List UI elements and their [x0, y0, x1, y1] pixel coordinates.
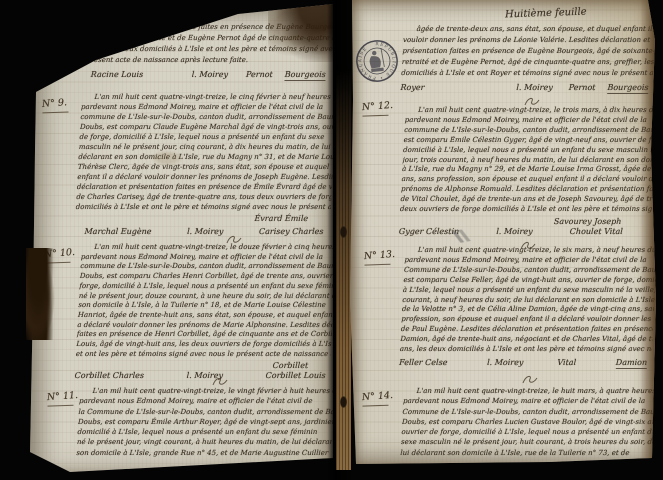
signature-witness: Carisey Charles [259, 227, 324, 237]
record-line: L'an mil huit cent quatre-vingt-treize, … [405, 106, 658, 116]
signature-witness: Vital [557, 358, 576, 368]
record-line: Hanriot, âgée de trente-huit ans, sans é… [78, 311, 333, 321]
record-line: profession, son épouse et auquel enfant … [401, 315, 654, 325]
record-line: Commune de L'Isle-sur-le-Doubs, canton d… [402, 407, 655, 417]
record-line: a déclaré vouloir donner les prénoms de … [77, 321, 333, 331]
record-line: vouloir donner les prénoms de Léonie Val… [403, 35, 656, 46]
record-line: ans, les deux domiciliés à L'Isle et ont… [400, 345, 653, 355]
record-line: commune de L'Isle-sur-le-Doubs, canton d… [80, 262, 333, 272]
record-line: sexe masculin né le présent jour, huit c… [401, 437, 654, 447]
record-line: faites en présence de Henri Corbillet, â… [77, 330, 333, 340]
signature-declarant: Corbillet Charles [74, 371, 144, 381]
record-line: le présent acte de naissance après lectu… [77, 55, 333, 66]
record-line: son domicile à L'Isle, à la Tuilerie n° … [78, 301, 333, 311]
signature-declarant: Royer [400, 82, 424, 93]
entry-number-rule [42, 112, 68, 114]
left-page: déclarations et présentations faites en … [30, 0, 333, 474]
signature-row: Feller Celse l. Moirey Vital Damion [399, 358, 652, 369]
entry-11: L'an mil huit cent quatre-vingt-treize, … [76, 386, 333, 458]
record-line: commune de L'Isle-sur-le-Doubs, canton d… [404, 126, 657, 136]
entry-8-continuation: déclarations et présentations faites en … [76, 22, 333, 81]
signature-declarant: Racine Louis [91, 69, 144, 80]
entry-12: L'an mil huit cent quatre-vingt-treize, … [399, 106, 658, 237]
record-line: Doubs, est comparu Claude Eugène Marchal… [80, 122, 333, 132]
record-line: Commune de L'Isle-sur-le-Doubs, canton d… [404, 266, 657, 276]
entry-11-continuation: âgée de trente-deux ans, sans état, son … [400, 24, 656, 94]
record-line: domicilié à L'Isle, lequel nous a présen… [77, 427, 333, 437]
record-line: pardevant nous Edmond Moirey, maire et o… [404, 256, 657, 266]
record-line: ans, sans profession, son épouse et auqu… [401, 175, 654, 185]
record-line: la Commune de L'Isle-sur-le-Doubs, canto… [78, 407, 333, 417]
record-line: pardevant nous Edmond Moirey, maire et o… [404, 116, 657, 126]
record-line: masculin né le présent jour, cinq couran… [79, 142, 333, 152]
entry-number-rule [362, 405, 388, 407]
sheet-header-annotation: Huitième feuille [505, 7, 587, 21]
entry-number-rule [362, 115, 388, 117]
page-block-edges [336, 70, 351, 470]
record-line: commune de L'Isle-sur-le-Doubs, canton d… [80, 112, 333, 122]
signature-row: Racine Louis l. Moirey Pernot Bourgeois [76, 69, 332, 81]
record-line: ouvrier de forge, domicilié à L'Isle, le… [401, 427, 654, 437]
record-line: courant, à neuf heures du soir, de lui d… [402, 296, 655, 306]
entry-9: L'an mil huit cent quatre-vingt-treize, … [74, 92, 333, 237]
record-line: prénoms de Alphonse Romuald. Lesdites dé… [401, 185, 654, 195]
entry-number-rule [47, 405, 73, 407]
signature-row: Gyger Célestin l. Moirey Choulet Vital [399, 227, 652, 237]
margin-number-10: N° 10. [44, 247, 76, 264]
record-line: de Paul Eugène. Lesdites déclaration et … [401, 325, 654, 335]
entry-number-label: N° 11. [47, 390, 79, 403]
paraphe-flourish [212, 376, 228, 387]
record-line: de forge, domicilié à L'Isle, lequel nou… [79, 132, 333, 142]
record-line: et ont les père et témoins signé avec no… [76, 350, 332, 360]
signature-witness: Savourey Joseph [399, 217, 652, 227]
record-line: domiciliés à L'Isle et ont Royer et témo… [401, 68, 654, 79]
record-line: déclarations et présentations faites en … [79, 22, 333, 33]
entry-number-label: N° 14. [362, 390, 394, 403]
margin-number-11: N° 11. [47, 390, 79, 407]
signature-mayor: l. Moirey [187, 227, 224, 237]
record-line: pardevant nous Edmond Moirey, maire et o… [403, 396, 656, 406]
record-line: domiciliés à L'Isle et ont le père et té… [76, 202, 332, 212]
record-line: Doubs, est comparu Charles Lucien Gustav… [402, 417, 655, 427]
record-line: de la Velotte n° 3, et de Célia Aline Da… [402, 305, 655, 315]
signature-witness: Pernot [246, 69, 273, 80]
margin-number-14: N° 14. [362, 390, 394, 407]
record-line: né le présent jour, douze courant, à une… [79, 292, 333, 302]
record-line: Doubs, est comparu Émile Arthur Royer, â… [78, 417, 333, 427]
entry-number-label: N° 12. [362, 100, 394, 113]
entry-number-label: N° 9. [42, 97, 68, 110]
signature-witness: Corbillet [75, 361, 331, 371]
signature-row: Royer l. Moirey Pernot Bourgeois [400, 82, 653, 94]
margin-number-12: N° 12. [362, 100, 394, 117]
signature-mayor: l. Moirey [191, 69, 228, 80]
entry-14: L'an mil huit cent quatre-vingt-treize, … [400, 386, 656, 458]
record-line: deux ouvriers de forge domiciliés à L'Is… [400, 205, 653, 215]
register-scan: déclarations et présentations faites en … [0, 0, 663, 480]
binding-stitch [340, 396, 347, 408]
signature-mayor: l. Moirey [496, 227, 533, 237]
binding-stitch [340, 226, 347, 238]
record-line: né le présent jour, vingt courant, à hui… [77, 437, 333, 447]
record-line: greffier, les deux domiciliés à L'Isle e… [78, 44, 333, 55]
signature-witness: Bourgeois [284, 69, 326, 81]
record-line: Damion, âgé de trente-huit ans, négocian… [400, 335, 653, 345]
signature-witness: Choulet Vital [570, 227, 624, 237]
record-line: de Vital Choulet, âgé de trente-un ans e… [400, 195, 653, 205]
record-line: son domicile à L'Isle, grande Rue n° 45,… [76, 448, 332, 458]
signature-witness: Évrard Émile [75, 214, 331, 224]
signature-witness: Corbillet Louis [265, 371, 326, 381]
entry-10: L'an mil huit cent quatre-vingt-treize, … [74, 243, 333, 381]
signature-row: Corbillet Charles l. Moirey Corbillet Lo… [74, 371, 330, 381]
record-line: Thérèse Clerc, âgée de vingt-trois ans, … [78, 162, 333, 172]
record-line: pardevant nous Edmond Moirey, maire et o… [81, 253, 333, 263]
paraphe-flourish [226, 234, 242, 245]
record-line: Louis, âgé de vingt-huit ans, les deux o… [76, 340, 332, 350]
record-line: lui déclarant son domicile à L'Isle, rue… [400, 448, 653, 458]
record-line: L'an mil huit cent quatre-vingt-treize, … [81, 92, 333, 102]
record-line: L'an mil huit cent quatre-vingt-treize, … [81, 243, 333, 253]
signature-declarant: Feller Celse [399, 358, 448, 368]
record-line: forge, domicilié à L'Isle, lequel nous a… [79, 282, 333, 292]
record-line: L'an mil huit cent quatre-vingt-treize, … [79, 386, 333, 396]
paraphe-flourish [520, 240, 536, 251]
record-line: soixante-un ans, retraité et de Eugène P… [78, 33, 333, 44]
record-line: jour, trois courant, à neuf heures du ma… [402, 156, 655, 166]
record-line: pardevant nous Edmond Moirey, maire et o… [79, 396, 333, 406]
entry-13: L'an mil huit cent quatre-vingt-treize, … [399, 246, 657, 369]
signature-row: Marchal Eugène l. Moirey Carisey Charles [74, 227, 330, 237]
record-line: à L'Isle, lequel nous a présenté un enfa… [403, 286, 656, 296]
entry-number-label: N° 13. [364, 249, 396, 262]
record-line: déclarant en son domicile à L'Isle, rue … [78, 152, 333, 162]
signature-declarant: Marchal Eugène [84, 227, 152, 237]
record-line: de Charles Carisey, âgé de trente-quatre… [76, 192, 332, 202]
record-line: est comparu Celse Feller, âgé de vingt-h… [403, 276, 656, 286]
signature-mayor: l. Moirey [487, 358, 524, 368]
republique-francaise-stamp-icon: RÉPUBLIQUE • FRANÇAISE [352, 36, 403, 87]
entry-number-label: N° 10. [44, 247, 76, 260]
record-line: enfant il a déclaré vouloir donner les p… [77, 172, 333, 182]
paraphe-flourish [522, 374, 538, 385]
record-line: retraité et de Eugène Pernot, âgé de cin… [402, 57, 655, 68]
entry-number-rule [364, 264, 390, 266]
paraphe-flourish [524, 96, 540, 107]
signature-witness: Damion [615, 358, 647, 369]
signature-witness: Bourgeois [607, 82, 649, 94]
entry-number-rule [44, 262, 70, 264]
record-line: est comparu Émile Célestin Gyger, âgé de… [403, 136, 656, 146]
record-line: Doubs, est comparu Charles Henri Corbill… [80, 272, 333, 282]
signature-mayor: l. Moirey [516, 82, 553, 93]
record-line: déclaration et présentation faites en pr… [77, 182, 333, 192]
record-line: pardevant nous Edmond Moirey, maire et o… [81, 102, 333, 112]
margin-number-13: N° 13. [364, 249, 396, 266]
record-line: présentation faites en présence de Eugèn… [402, 46, 655, 57]
record-line: âgée de trente-deux ans, sans état, son … [403, 24, 656, 35]
record-line: domicilié à L'Isle, lequel nous a présen… [403, 146, 656, 156]
margin-number-9: N° 9. [42, 97, 69, 114]
record-line: à L'Isle, rue du Magny n° 29, et de Mari… [402, 165, 655, 175]
signature-witness: Pernot [568, 82, 595, 93]
record-line: L'an mil huit cent quatre-vingt-treize, … [403, 386, 656, 396]
